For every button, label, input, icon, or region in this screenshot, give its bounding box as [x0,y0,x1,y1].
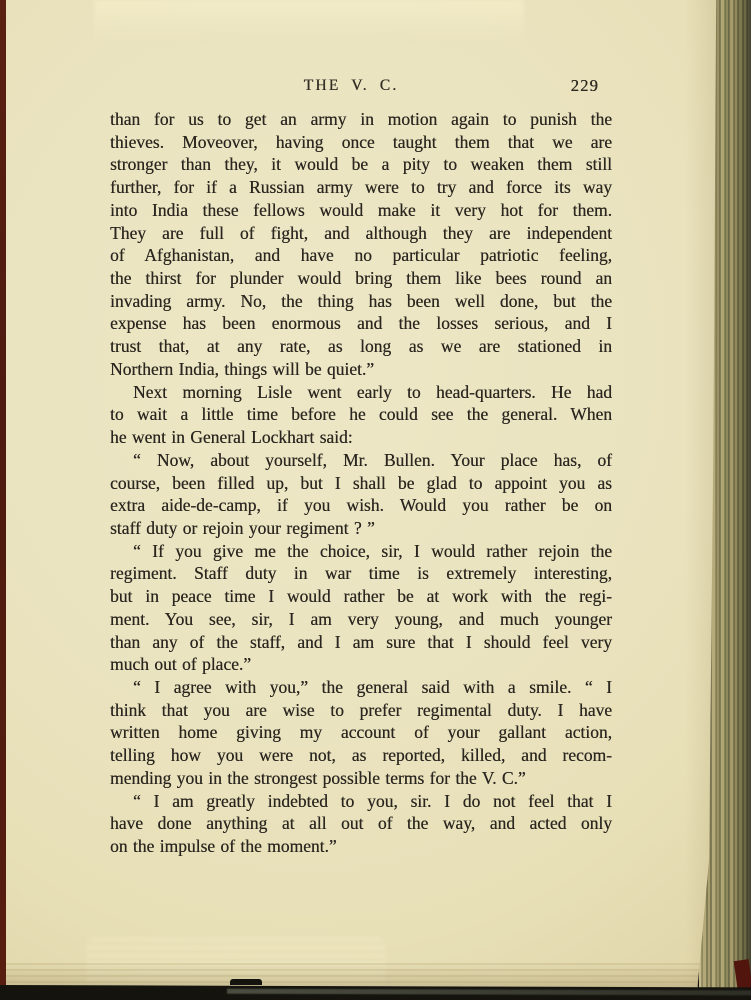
text-line: but in peace time I would rather be at w… [110,585,612,608]
text-line: into India these fellows would make it v… [110,199,612,222]
text-line: thieves. Moveover, having once taught th… [110,131,612,154]
text-line: the thirst for plunder would bring them … [110,267,612,290]
page-number: 229 [571,76,599,96]
printed-content: THE V. C. 229 than for us to get an army… [110,0,612,1000]
text-line: telling how you were not, as reported, k… [110,744,612,767]
text-line: than any of the staff, and I am sure tha… [110,631,612,654]
text-line: further, for if a Russian army were to t… [110,176,612,199]
text-line: much out of place.” [110,653,612,676]
text-line: “ I am greatly indebted to you, sir. I d… [110,790,612,813]
text-line: ment. You see, sir, I am very young, and… [110,608,612,631]
text-line: mending you in the strongest possible te… [110,767,612,790]
book-cover-left-edge [0,0,7,1000]
text-line: “ Now, about yourself, Mr. Bullen. Your … [110,449,612,472]
text-line: to wait a little time before he could se… [110,403,612,426]
text-line: think that you are wise to prefer regime… [110,699,612,722]
text-line: he went in General Lockhart said: [110,426,612,449]
text-line: on the impulse of the moment.” [110,835,612,858]
text-line: expense has been enormous and the losses… [110,312,612,335]
text-block: than for us to get an army in motion aga… [110,108,612,858]
text-line: extra aide-de-camp, if you wish. Would y… [110,494,612,517]
shelf-strip [0,985,751,1000]
text-line: Northern India, things will be quiet.” [110,358,612,381]
shelf-clip [230,979,262,985]
text-line: course, been filled up, but I shall be g… [110,472,612,495]
running-title: THE V. C. [110,77,612,95]
text-line: than for us to get an army in motion aga… [110,108,612,131]
book-scan: THE V. C. 229 than for us to get an army… [0,0,751,1000]
text-line: stronger than they, it would be a pity t… [110,153,612,176]
text-line: “ If you give me the choice, sir, I woul… [110,540,612,563]
text-line: have done anything at all out of the way… [110,812,612,835]
text-line: staff duty or rejoin your regiment ? ” [110,517,612,540]
page-header: THE V. C. 229 [110,77,612,97]
text-line: regiment. Staff duty in war time is extr… [110,562,612,585]
text-line: invading army. No, the thing has been we… [110,290,612,313]
text-line: of Afghanistan, and have no particular p… [110,244,612,267]
text-line: written home giving my account of your g… [110,721,612,744]
book-page: THE V. C. 229 than for us to get an army… [6,0,719,1000]
shelf-edge-highlight [227,989,751,996]
text-line: Next morning Lisle went early to head-qu… [110,381,612,404]
text-line: “ I agree with you,” the general said wi… [110,676,612,699]
text-line: trust that, at any rate, as long as we a… [110,335,612,358]
text-line: They are full of fight, and although the… [110,222,612,245]
